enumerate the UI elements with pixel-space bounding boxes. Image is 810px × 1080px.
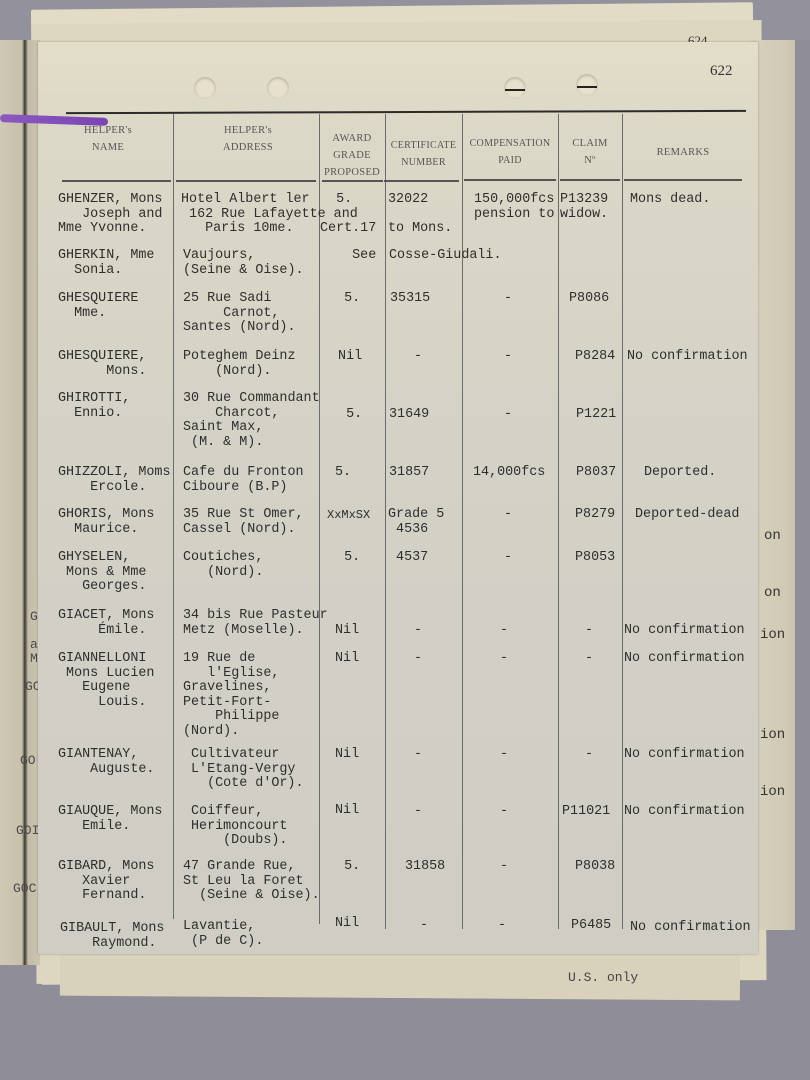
- cell-award: Nil: [335, 804, 359, 819]
- cell-award: 5.: [335, 466, 351, 481]
- cell-claim: P11021: [562, 805, 610, 820]
- cell-certificate: 31857: [389, 466, 429, 481]
- cell-compensation: -: [500, 805, 508, 820]
- punch-hole: [267, 77, 289, 99]
- cell-certificate: -: [414, 805, 422, 820]
- cell-certificate: 4537: [388, 551, 428, 566]
- cell-address: 47 Grande Rue, St Leu la Foret (Seine & …: [183, 860, 320, 904]
- cell-award: 5. Cert.17: [320, 193, 376, 237]
- cell-address: Lavantie, (P de C).: [183, 920, 263, 949]
- cell-address: Coiffeur, Herimoncourt (Doubs).: [191, 805, 287, 849]
- margin-fragment: GOI: [16, 824, 39, 837]
- punch-hole-reinforced: [576, 74, 598, 96]
- cell-certificate: 31649: [389, 393, 429, 422]
- cell-claim: -: [585, 609, 593, 638]
- header-underline: [624, 179, 742, 181]
- cell-remarks: No confirmation: [627, 350, 748, 365]
- cell-address: Poteghem Deinz (Nord).: [183, 350, 296, 379]
- cell-remarks: No confirmation: [624, 748, 745, 763]
- margin-fragment: ion: [760, 627, 785, 643]
- cell-remarks: Mons dead.: [630, 193, 710, 208]
- header-helper-address: HELPER's ADDRESS: [178, 122, 318, 156]
- cell-claim: P6485: [571, 919, 611, 934]
- header-award-grade: AWARD GRADE PROPOSED: [319, 130, 385, 181]
- cell-certificate: Grade 5 4536: [388, 508, 444, 537]
- header-underline: [560, 179, 620, 181]
- cell-address: Coutiches, (Nord).: [183, 551, 263, 580]
- cell-remarks: No confirmation: [630, 921, 751, 936]
- cell-address: 25 Rue Sadi Carnot, Santes (Nord).: [183, 292, 296, 336]
- cell-name: GIANTENAY, Auguste.: [58, 748, 154, 777]
- cell-claim: P8053: [575, 551, 615, 566]
- cell-certificate: -: [420, 919, 428, 934]
- cell-remarks: No confirmation: [624, 805, 745, 820]
- header-remarks: REMARKS: [622, 144, 744, 161]
- cell-name: GHYSELEN, Mons & Mme Georges.: [58, 551, 146, 595]
- cell-remarks: No confirmation: [624, 609, 745, 638]
- cell-remarks: Deported-dead: [635, 508, 739, 523]
- cell-claim: P8086: [569, 292, 609, 307]
- cell-compensation: 14,000fcs: [473, 466, 545, 481]
- cell-address: 19 Rue de l'Eglise, Gravelines, Petit-Fo…: [183, 652, 279, 739]
- cell-compensation: -: [504, 508, 512, 523]
- page-number: 622: [710, 63, 733, 80]
- column-divider: [622, 114, 623, 929]
- cell-claim: P8279: [575, 508, 615, 523]
- cell-award: See: [320, 249, 376, 264]
- cell-name: GIBAULT, Mons Raymond.: [60, 922, 164, 951]
- margin-fragment: M: [30, 652, 38, 665]
- cell-certificate: 32022 to Mons.: [388, 193, 452, 237]
- column-divider: [173, 114, 174, 919]
- cell-award: Nil: [335, 652, 359, 667]
- header-certificate-number: CERTIFICATE NUMBER: [385, 137, 462, 171]
- cell-remarks: No confirmation: [624, 652, 745, 667]
- cell-name: GHORIS, Mons Maurice.: [58, 508, 154, 537]
- header-underline: [384, 180, 459, 182]
- cell-claim: P8284: [575, 350, 615, 365]
- header-claim-number: CLAIM Nº: [558, 135, 622, 169]
- left-underlying-sheets: G a M GC GO G M G GOI G GOC: [0, 40, 40, 965]
- cell-certificate: 35315: [390, 292, 430, 307]
- cell-compensation: 150,000fcs pension to: [474, 193, 554, 222]
- cell-award: Nil: [330, 350, 362, 365]
- cell-claim: P8037: [576, 466, 616, 481]
- header-helper-name: HELPER's NAME: [48, 122, 168, 156]
- cell-award: XxMxSX: [327, 508, 370, 523]
- cell-name: GIAUQUE, Mons Emile.: [58, 805, 162, 834]
- cell-compensation: -: [500, 860, 508, 875]
- cell-name: GIBARD, Mons Xavier Fernand.: [58, 860, 154, 904]
- header-rule: [66, 110, 746, 114]
- cell-name: GHERKIN, Mme Sonia.: [58, 249, 154, 278]
- cell-award: 5.: [328, 292, 360, 307]
- cell-award: Nil: [335, 609, 359, 638]
- bottom-note: U.S. only: [568, 970, 638, 985]
- margin-fragment: GOC: [13, 882, 36, 895]
- margin-fragment: ion: [760, 727, 785, 743]
- column-divider: [462, 114, 463, 929]
- header-underline: [464, 179, 556, 181]
- header-compensation-paid: COMPENSATION PAID: [462, 135, 558, 169]
- punch-hole-reinforced: [504, 77, 526, 99]
- cell-award: 5.: [328, 551, 360, 566]
- cell-address: 30 Rue Commandant Charcot, Saint Max, (M…: [183, 392, 320, 450]
- cell-compensation: -: [504, 551, 512, 566]
- cell-name: GIANNELLONI Mons Lucien Eugene Louis.: [58, 652, 154, 710]
- column-divider: [385, 114, 386, 929]
- cell-award: 5.: [330, 393, 362, 422]
- cell-award: 5.: [328, 860, 360, 875]
- document-page: 622 HELPER's NAME HELPER's ADDRESS AWARD…: [38, 42, 758, 954]
- cell-name: GHIZZOLI, Moms Ercole.: [58, 466, 171, 495]
- cell-name: GHESQUIERE, Mons.: [58, 350, 146, 379]
- cell-claim: -: [585, 748, 593, 763]
- header-underline: [62, 180, 171, 182]
- cell-compensation: -: [500, 652, 508, 667]
- margin-fragment: on: [764, 528, 781, 544]
- cell-address: Cultivateur L'Etang-Vergy (Cote d'Or).: [191, 748, 304, 792]
- cell-certificate: -: [414, 350, 422, 365]
- cell-certificate: -: [414, 748, 422, 763]
- cell-claim: -: [585, 652, 593, 667]
- cell-claim: P1221: [576, 393, 616, 422]
- cell-compensation: -: [500, 748, 508, 763]
- margin-fragment: G: [30, 610, 38, 623]
- cell-name: GHIROTTI, Ennio.: [58, 392, 130, 421]
- header-underline: [322, 180, 383, 182]
- cell-certificate: -: [414, 609, 422, 638]
- punch-hole: [194, 77, 216, 99]
- cell-compensation: -: [498, 919, 506, 934]
- cell-address: 34 bis Rue Pasteur Metz (Moselle).: [183, 609, 328, 638]
- cell-compensation: -: [500, 609, 508, 638]
- cell-claim: P13239 widow.: [560, 193, 608, 222]
- margin-fragment: GO: [20, 754, 36, 767]
- cell-award: Nil: [335, 917, 359, 932]
- column-divider: [558, 114, 559, 929]
- cell-name: GHENZER, Mons Joseph and Mme Yvonne.: [58, 193, 162, 237]
- cell-address: 35 Rue St Omer, Cassel (Nord).: [183, 508, 304, 537]
- cell-compensation: -: [504, 350, 512, 365]
- cell-remarks: Deported.: [644, 466, 716, 481]
- cell-name: GHESQUIERE Mme.: [58, 292, 138, 321]
- margin-fragment: ion: [760, 784, 785, 800]
- cell-compensation: -: [504, 393, 512, 422]
- header-underline: [176, 180, 316, 182]
- cell-award: Nil: [335, 748, 359, 763]
- margin-fragment: on: [764, 585, 781, 601]
- cell-address: Vaujours, (Seine & Oise).: [183, 249, 304, 278]
- margin-fragment: a: [30, 638, 38, 651]
- cell-address: Cafe du Fronton Ciboure (B.P): [183, 466, 304, 495]
- cell-certificate: 31858: [405, 860, 445, 875]
- cell-certificate: Cosse-Giudali.: [389, 249, 502, 264]
- cell-claim: P8038: [575, 860, 615, 875]
- cell-name: GIACET, Mons Émile.: [58, 609, 154, 638]
- cell-certificate: -: [414, 652, 422, 667]
- cell-compensation: -: [504, 292, 512, 307]
